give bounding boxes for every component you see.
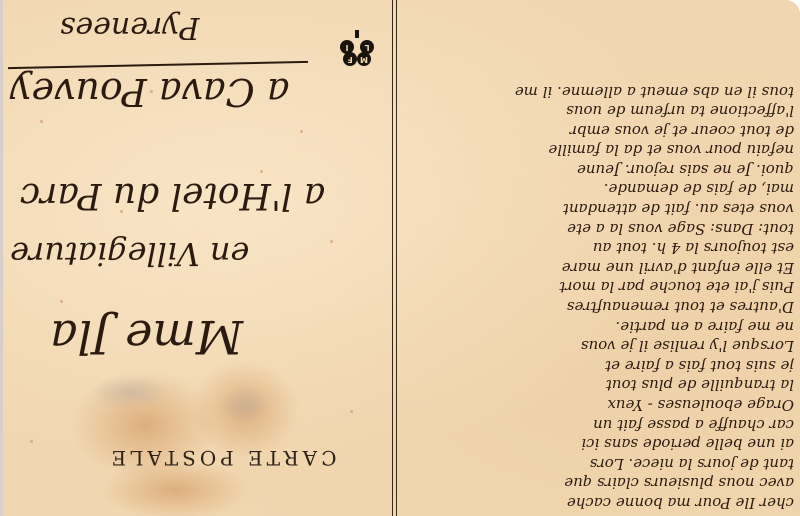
- water-stain: [220, 385, 270, 425]
- message-line: tout: Dans: Sage vous la a ete: [410, 218, 794, 238]
- address-town: a Cava Pouvey: [10, 70, 289, 114]
- publisher-logo: L I M F: [340, 30, 374, 64]
- message-line: Orage ebouleuses - Yeux: [410, 394, 794, 414]
- message-line: de tout coeur et je vous embr: [410, 120, 794, 140]
- message-line: vous etes au. fait de attendant: [410, 199, 794, 219]
- message-line: quoi. Je ne sais rejour. Jeune: [410, 159, 794, 179]
- message-line: est toujours la 4 h. tout au: [410, 238, 794, 258]
- message-line: l'affectione ta urfeum de uous: [410, 101, 794, 121]
- message-line: ne me faire a en partie.: [410, 316, 794, 336]
- message-line: tous il en abs emeut a allemne. il me: [410, 81, 794, 101]
- speck: [350, 410, 353, 413]
- message-line: car chauffe a passe fait un: [410, 414, 794, 434]
- message-line: Et elle enfant d'avril une mare: [410, 257, 794, 277]
- address-hotel: a l'Hotel du Parc: [20, 175, 325, 216]
- speck: [40, 120, 43, 123]
- message-line: Lorsque l'y renlise il je vous: [410, 336, 794, 356]
- speck: [300, 130, 303, 133]
- printed-title: CARTE POSTALE: [72, 440, 372, 470]
- message-line: ai une belle periode sans ici: [410, 434, 794, 454]
- message-line: mai, de fais de demande.: [410, 179, 794, 199]
- divider-line: [392, 0, 397, 516]
- message-line: nefaiu pour vous et da la famille: [410, 140, 794, 160]
- speck: [30, 440, 33, 443]
- message-line: cher Ile Pour ma bonne cache: [410, 492, 794, 512]
- address-pyrenees: Pyrenees: [60, 10, 199, 45]
- postcard-back: L I M F CARTE POSTALE Pyrenees a Cava Po…: [0, 0, 800, 516]
- speck: [330, 240, 333, 243]
- logo-letter: M: [357, 52, 371, 66]
- scan-edge: [0, 0, 3, 516]
- four-leaf-clover-icon: [355, 30, 359, 38]
- water-stain: [90, 375, 170, 410]
- message-line: je suis tout fais a faire et: [410, 355, 794, 375]
- address-holiday: en Villegiature: [10, 235, 249, 273]
- handwritten-message: cher Ile Pour ma bonne cache avec nous p…: [400, 0, 800, 516]
- logo-letter: F: [343, 52, 357, 66]
- message-line: D'autres et tout remenauftres: [410, 296, 794, 316]
- message-line: la tranquille de plus tout: [410, 375, 794, 395]
- message-line: tant de jours la niece. Lors: [410, 453, 794, 473]
- speck: [260, 170, 263, 173]
- speck: [60, 300, 63, 303]
- address-recipient: Mme Jla: [50, 310, 243, 364]
- message-line: Puis j'ai ete touche par la mort: [410, 277, 794, 297]
- address-underline: [8, 61, 308, 69]
- message-line: avec nous plusieurs clairs que: [410, 473, 794, 493]
